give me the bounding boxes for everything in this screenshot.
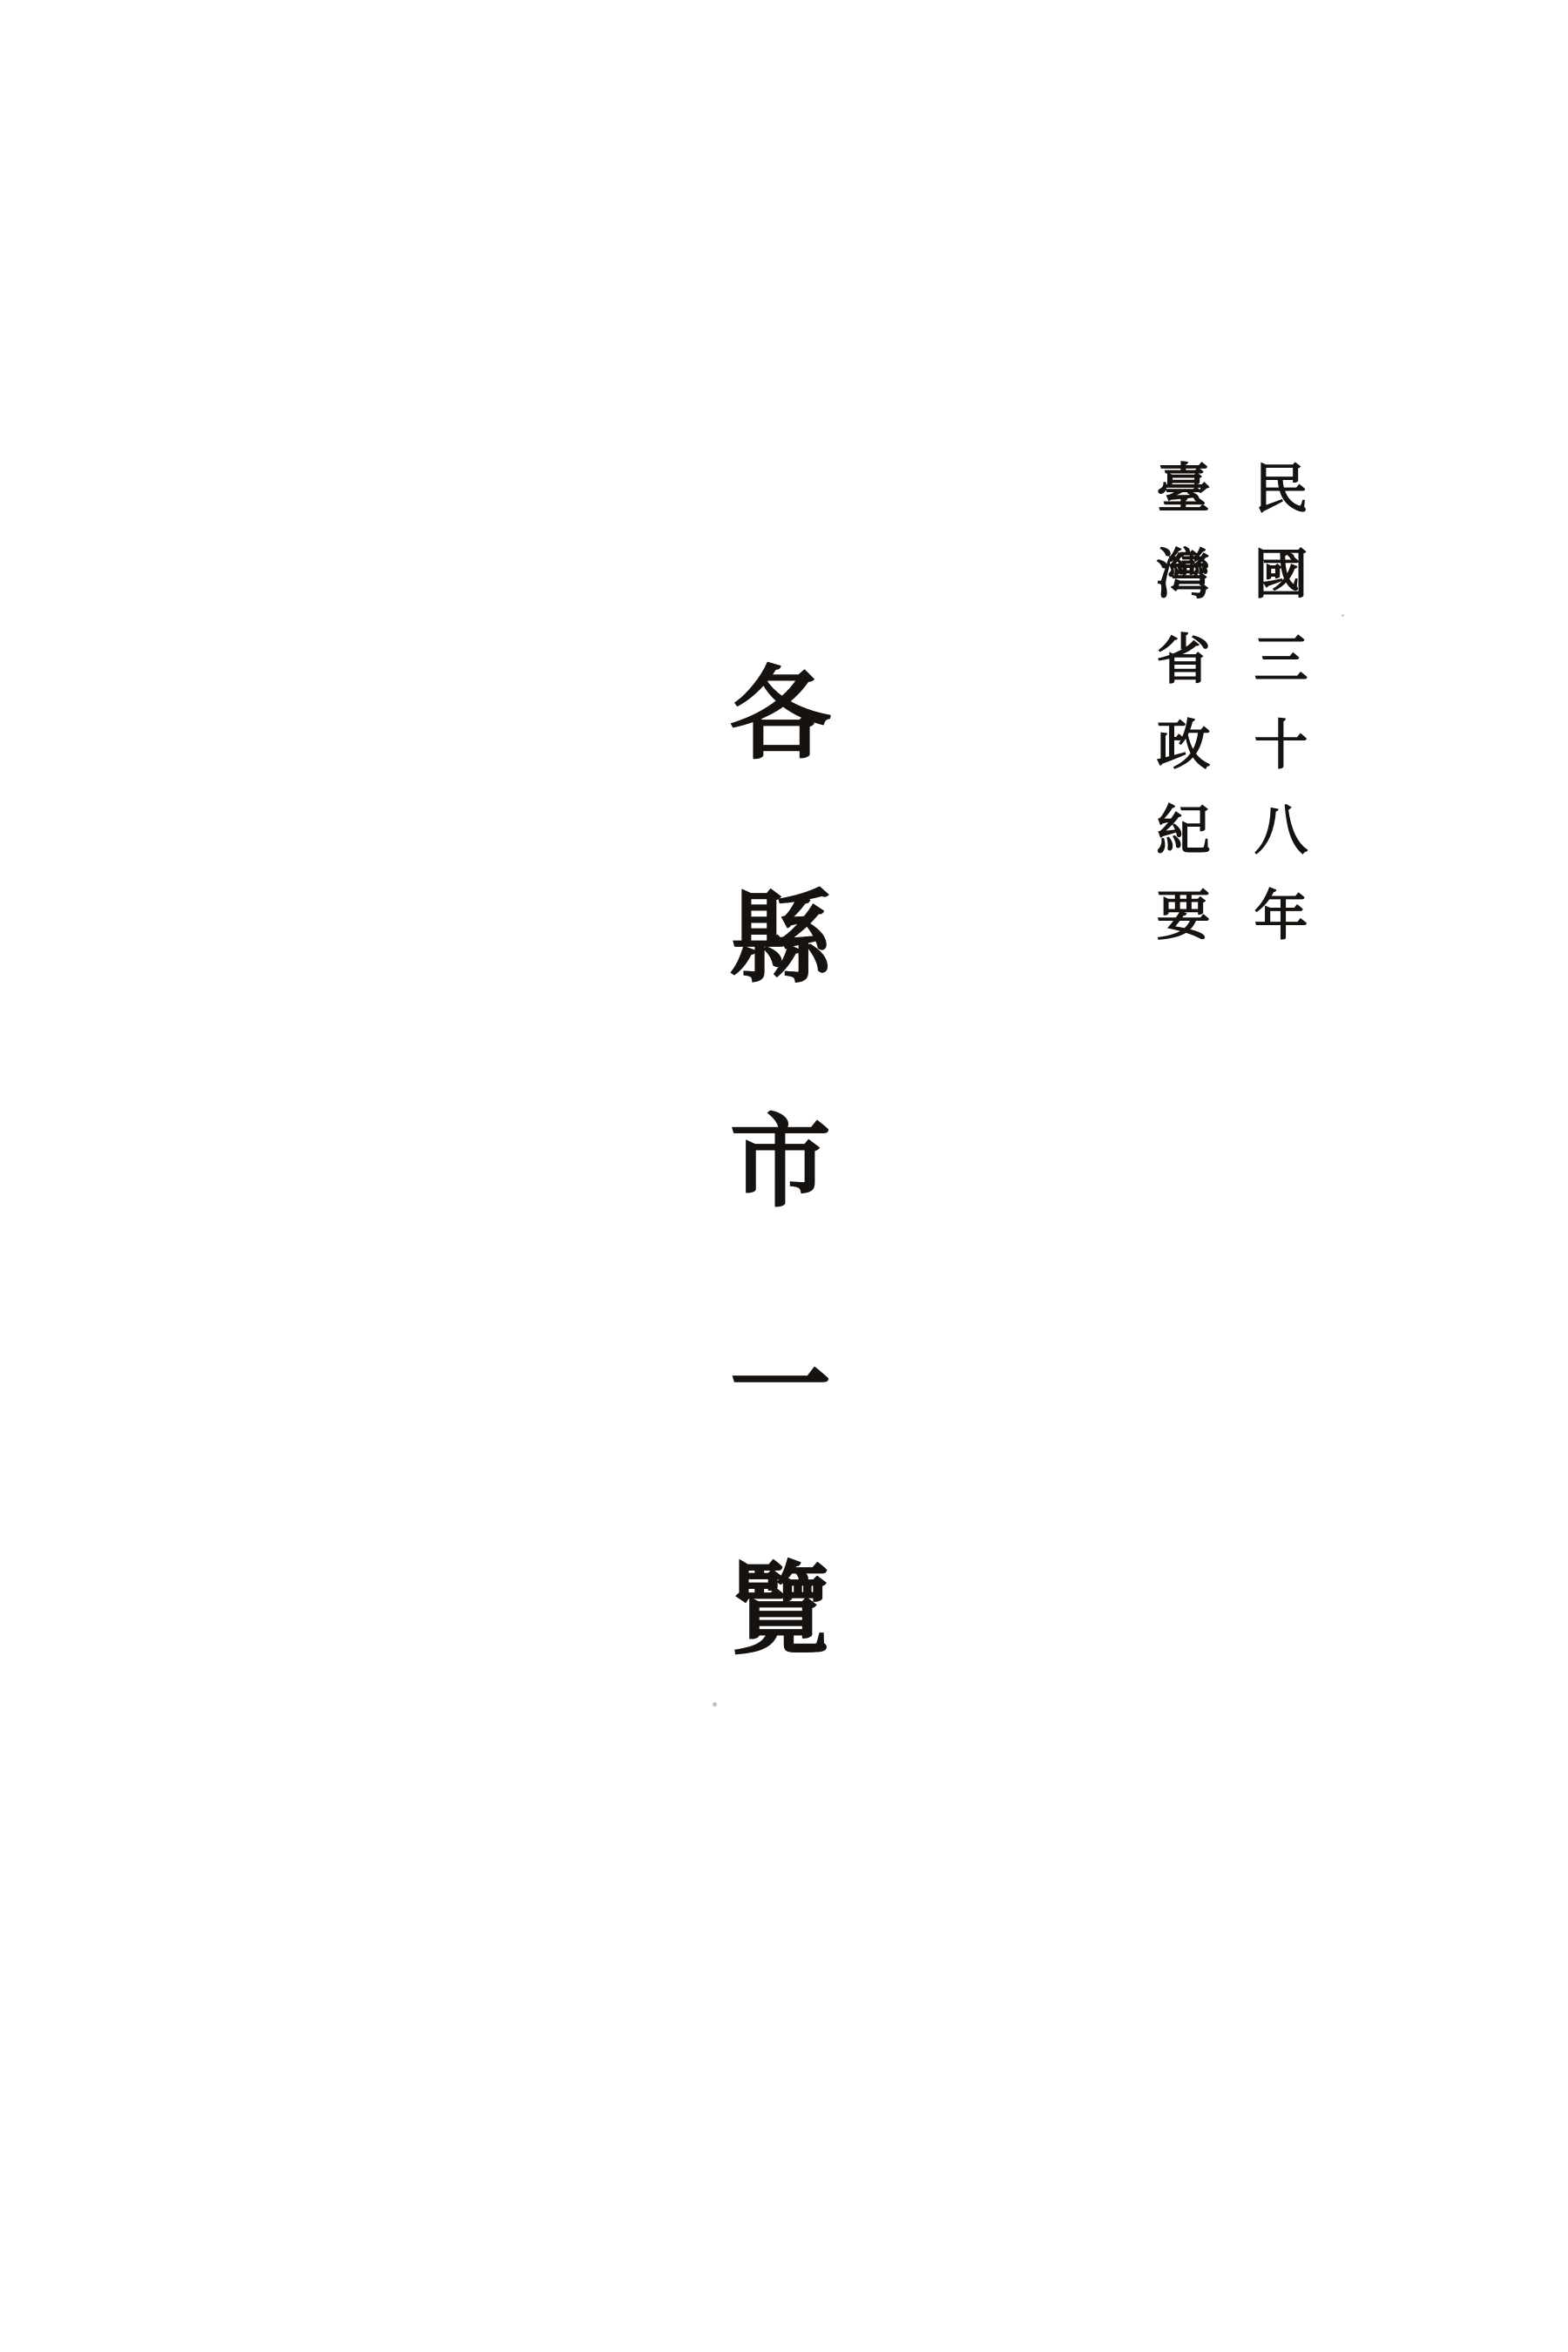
scan-artifact-speck-small	[1342, 614, 1344, 617]
publication-title-line: 臺灣省政紀要	[1152, 460, 1206, 972]
era-year-line: 民國三十八年	[1249, 460, 1303, 972]
page-title: 各縣市一覽	[721, 660, 822, 1780]
scan-artifact-speck	[713, 1702, 717, 1707]
scanned-page: 民國三十八年 臺灣省政紀要 各縣市一覽	[0, 0, 1568, 2352]
